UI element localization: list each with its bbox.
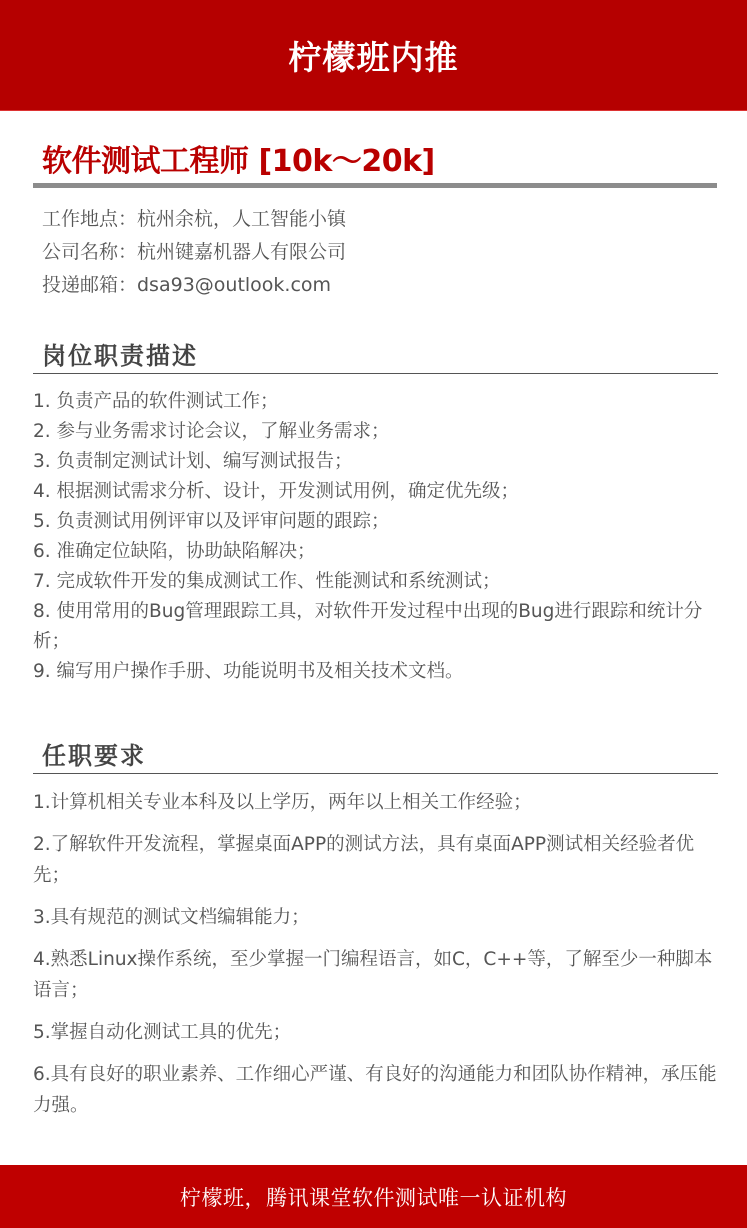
- list-item: 5. 负责测试用例评审以及评审问题的跟踪；: [33, 507, 723, 537]
- list-item: 2. 参与业务需求讨论会议，了解业务需求；: [33, 417, 723, 447]
- list-item: 3. 负责制定测试计划、编写测试报告；: [33, 447, 723, 477]
- header-banner: 柠檬班内推: [0, 0, 747, 111]
- duties-list: 1. 负责产品的软件测试工作； 2. 参与业务需求讨论会议，了解业务需求； 3.…: [33, 387, 723, 687]
- list-item: 7. 完成软件开发的集成测试工作、性能测试和系统测试；: [33, 567, 723, 597]
- list-item: 8. 使用常用的Bug管理跟踪工具，对软件开发过程中出现的Bug进行跟踪和统计分…: [33, 597, 723, 657]
- requirements-divider: [33, 773, 718, 774]
- duties-divider: [33, 373, 718, 374]
- list-item: 5.掌握自动化测试工具的优先；: [33, 1017, 723, 1048]
- list-item: 9. 编写用户操作手册、功能说明书及相关技术文档。: [33, 657, 723, 687]
- info-email: 投递邮箱：dsa93@outlook.com: [42, 269, 346, 302]
- list-item: 6.具有良好的职业素养、工作细心严谨、有良好的沟通能力和团队协作精神，承压能力强…: [33, 1059, 723, 1121]
- info-company: 公司名称：杭州键嘉机器人有限公司: [42, 236, 346, 269]
- list-item: 4. 根据测试需求分析、设计，开发测试用例，确定优先级；: [33, 477, 723, 507]
- job-info: 工作地点：杭州余杭，人工智能小镇 公司名称：杭州键嘉机器人有限公司 投递邮箱：d…: [42, 203, 346, 302]
- job-title: 软件测试工程师 [10k～20k]: [42, 136, 435, 180]
- requirements-list: 1.计算机相关专业本科及以上学历，两年以上相关工作经验； 2.了解软件开发流程，…: [33, 787, 723, 1132]
- requirements-heading: 任职要求: [42, 736, 146, 771]
- list-item: 3.具有规范的测试文档编辑能力；: [33, 902, 723, 933]
- title-divider: [33, 183, 717, 188]
- list-item: 2.了解软件开发流程，掌握桌面APP的测试方法，具有桌面APP测试相关经验者优先…: [33, 829, 723, 891]
- list-item: 6. 准确定位缺陷，协助缺陷解决；: [33, 537, 723, 567]
- header-title: 柠檬班内推: [289, 32, 459, 79]
- footer-text: 柠檬班，腾讯课堂软件测试唯一认证机构: [180, 1182, 567, 1212]
- duties-heading: 岗位职责描述: [42, 336, 198, 371]
- list-item: 4.熟悉Linux操作系统，至少掌握一门编程语言，如C，C++等，了解至少一种脚…: [33, 944, 723, 1006]
- list-item: 1. 负责产品的软件测试工作；: [33, 387, 723, 417]
- list-item: 1.计算机相关专业本科及以上学历，两年以上相关工作经验；: [33, 787, 723, 818]
- footer-banner: 柠檬班，腾讯课堂软件测试唯一认证机构: [0, 1165, 747, 1228]
- info-location: 工作地点：杭州余杭，人工智能小镇: [42, 203, 346, 236]
